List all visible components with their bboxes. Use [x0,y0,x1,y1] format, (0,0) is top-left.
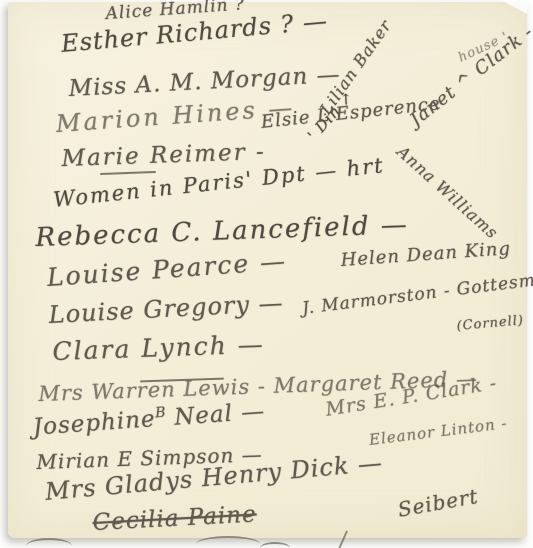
cutoff-line-fragment [338,530,348,548]
entry-cecilia-paine-struck: Cecilia Paine [92,501,257,536]
annotation-cornell: (Cornell) [456,313,525,334]
cutoff-line-fragment [260,542,290,548]
annotation-helen-dean-king: Helen Dean King [340,238,512,271]
annotation-anna-williams: Anna Williams [393,142,502,243]
underline-mark-reimer [100,171,156,175]
entry-clara-lynch: Clara Lynch — [52,330,265,366]
paper-sheet: Alice Hamlin ? Esther Richards ? — Miss … [8,2,527,538]
annotation-eleanor-linton: Eleanor Linton - [368,414,508,449]
scan-background: Alice Hamlin ? Esther Richards ? — Miss … [0,0,533,548]
annotation-seibert: Seibert [396,484,480,522]
entry-josephine-first: Josephine [32,406,156,441]
entry-josephine-last: Neal — [165,398,266,431]
cutoff-line-fragment [26,538,72,548]
cutoff-line-fragment [196,536,260,548]
entry-louise-gregory: Louise Gregory — [48,289,284,329]
entry-miss-a-m-morgan: Miss A. M. Morgan — [68,62,341,102]
entry-louise-pearce: Louise Pearce — [46,246,288,292]
annotation-marmorston-gottesman: J. Marmorston - Gottesman [301,268,533,319]
entry-marie-reimer: Marie Reimer - [61,139,266,172]
paper-corner-cut [501,0,527,14]
entry-rebecca-lancefield: Rebecca C. Lancefield — [35,210,409,253]
